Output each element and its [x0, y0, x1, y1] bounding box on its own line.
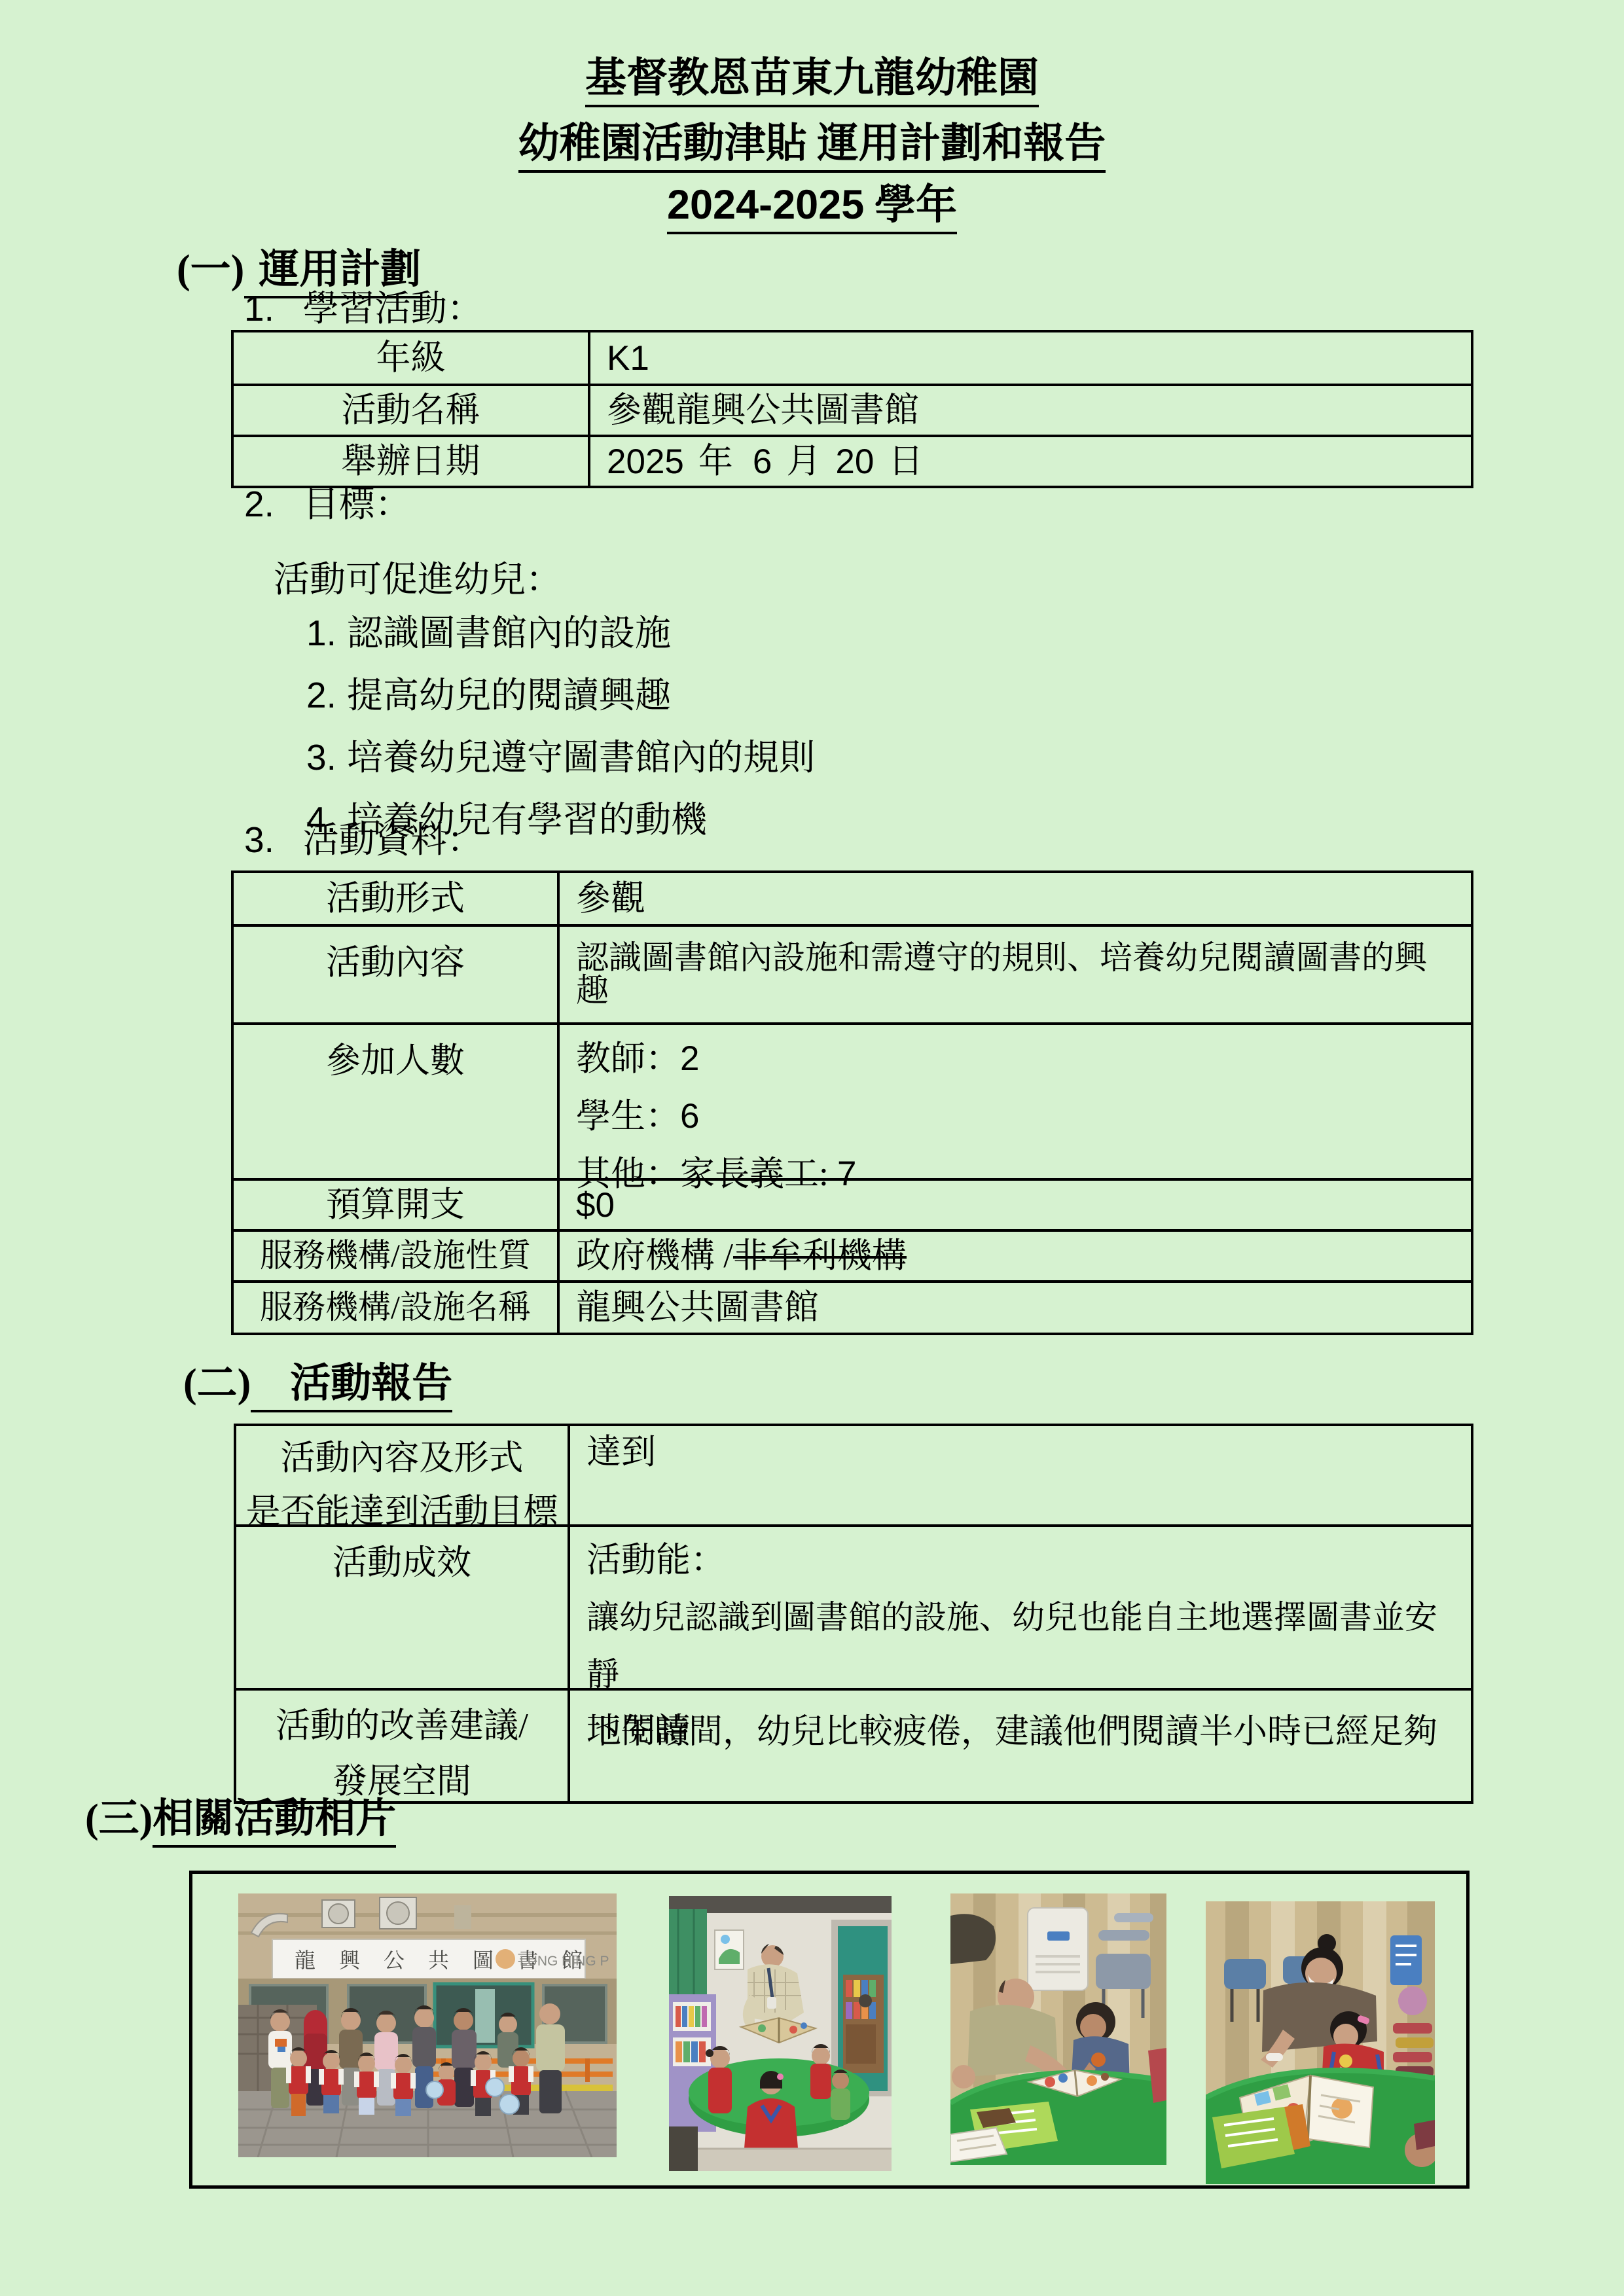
- photo-2-illustration: [669, 1896, 892, 2171]
- doc-title-line: 幼稚園活動津貼 運用計劃和報告: [0, 123, 1624, 164]
- effectiveness-value: 活動能： 讓幼兒認識到圖書館的設施、幼兒也能自主地選擇圖書並安靜 地閱讀: [570, 1527, 1471, 1688]
- table-row: 預算開支 $0: [234, 1178, 1471, 1229]
- grade-label: 年級: [234, 332, 590, 384]
- budget-label: 預算開支: [234, 1181, 560, 1229]
- section-3-prefix: (三): [85, 1797, 153, 1841]
- objective-item: 1. 認識圖書館內的設施: [306, 607, 815, 670]
- table-row: 活動的改善建議/ 發展空間 下午時間，幼兒比較疲倦，建議他們閱讀半小時已經足夠: [236, 1688, 1471, 1801]
- participants-students: 學生：6: [576, 1088, 1458, 1145]
- activity-content-value: 認識圖書館內設施和需遵守的規則、培養幼兒閱讀圖書的興趣: [560, 927, 1471, 1022]
- school-year: 2024-2025 學年: [667, 182, 957, 234]
- objective-text: 培養幼兒遵守圖書館內的規則: [347, 740, 815, 776]
- section-2-prefix: (二): [183, 1361, 251, 1406]
- photo-sign-english: LUNG HING P: [520, 1954, 609, 1969]
- table-row: 活動內容及形式 是否能達到活動目標 達到: [236, 1426, 1471, 1524]
- goal-achieved-label-line1: 活動內容及形式: [281, 1431, 524, 1485]
- school-name: 基督教恩苗東九龍幼稚園: [585, 55, 1039, 107]
- table-row: 活動內容 認識圖書館內設施和需遵守的規則、培養幼兒閱讀圖書的興趣: [234, 924, 1471, 1022]
- date-day: 20: [835, 444, 874, 479]
- org-name-label: 服務機構/設施名稱: [234, 1283, 560, 1333]
- objective-text: 認識圖書館內的設施: [347, 615, 671, 651]
- goal-achieved-value: 達到: [570, 1426, 1471, 1524]
- date-month-unit: 月: [786, 444, 821, 479]
- effectiveness-line2: 讓幼兒認識到圖書館的設施、幼兒也能自主地選擇圖書並安靜: [586, 1589, 1458, 1703]
- participants-value: 教師：2 學生：6 其他：家長義工: 7: [560, 1025, 1471, 1178]
- table-row: 服務機構/設施性質 政府機構 / 非牟利機構: [234, 1229, 1471, 1280]
- section-2-title: 活動報告: [251, 1361, 452, 1412]
- activity-name-value: 參觀龍興公共圖書館: [590, 386, 1471, 435]
- photo-4-illustration: [1206, 1901, 1435, 2184]
- effectiveness-line1: 活動能：: [586, 1532, 1458, 1589]
- table-row: 服務機構/設施名稱 龍興公共圖書館: [234, 1280, 1471, 1333]
- org-type-struck: 非牟利機構: [733, 1239, 907, 1274]
- plan-item-3-number: 3.: [244, 819, 274, 860]
- document-page: 基督教恩苗東九龍幼稚園 幼稚園活動津貼 運用計劃和報告 2024-2025 學年…: [0, 0, 1624, 2296]
- objective-item: 3. 培養幼兒遵守圖書館內的規則: [306, 732, 815, 794]
- photo-father-child-reading: [950, 1893, 1166, 2165]
- improvement-value: 下午時間，幼兒比較疲倦，建議他們閱讀半小時已經足夠: [570, 1691, 1471, 1801]
- title-block: 基督教恩苗東九龍幼稚園: [0, 58, 1624, 99]
- participants-teachers: 教師：2: [576, 1030, 1458, 1088]
- date-day-unit: 日: [888, 444, 923, 479]
- teachers-label: 教師：: [576, 1040, 680, 1078]
- activity-date-label: 舉辦日期: [234, 437, 590, 486]
- section-2-heading: (二)活動報告: [183, 1363, 452, 1404]
- table-row: 年級 K1: [234, 332, 1471, 384]
- plan-item-3: 3. 活動資料：: [244, 822, 483, 858]
- effectiveness-label: 活動成效: [236, 1527, 570, 1688]
- org-type-selected: 政府機構 /: [576, 1239, 733, 1274]
- date-year: 2025: [607, 444, 684, 479]
- photo-1-illustration: 龍 興 公 共 圖 書 館 LUNG HING P: [238, 1893, 617, 2157]
- plan-item-1: 1. 學習活動：: [244, 291, 483, 327]
- grade-value: K1: [590, 332, 1471, 384]
- activity-content-label: 活動內容: [234, 927, 560, 1022]
- plan-item-2-number: 2.: [244, 484, 274, 524]
- org-name-value: 龍興公共圖書館: [560, 1283, 1471, 1333]
- date-month: 6: [753, 444, 772, 479]
- activity-format-label: 活動形式: [234, 873, 560, 924]
- activity-format-value: 參觀: [560, 873, 1471, 924]
- table-row: 活動形式 參觀: [234, 873, 1471, 924]
- photo-mother-child-reading: [1206, 1901, 1435, 2184]
- objective-number: 1.: [306, 615, 347, 651]
- plan-item-1-number: 1.: [244, 288, 274, 329]
- objectives-list: 1. 認識圖書館內的設施 2. 提高幼兒的閱讀興趣 3. 培養幼兒遵守圖書館內的…: [306, 607, 815, 856]
- table-row: 參加人數 教師：2 學生：6 其他：家長義工: 7: [234, 1022, 1471, 1178]
- table-row: 活動成效 活動能： 讓幼兒認識到圖書館的設施、幼兒也能自主地選擇圖書並安靜 地閱…: [236, 1524, 1471, 1688]
- activity-name-label: 活動名稱: [234, 386, 590, 435]
- table-row: 活動名稱 參觀龍興公共圖書館: [234, 384, 1471, 435]
- activity-date-value: 2025年6月20日: [590, 437, 1471, 486]
- plan-item-3-label: 活動資料：: [303, 820, 483, 860]
- photo-gallery-box: 龍 興 公 共 圖 書 館 LUNG HING P: [189, 1871, 1470, 2189]
- activity-info-table: 活動形式 參觀 活動內容 認識圖書館內設施和需遵守的規則、培養幼兒閱讀圖書的興趣…: [231, 870, 1473, 1335]
- plan-item-2: 2. 目標：: [244, 486, 411, 522]
- section-1-heading: (一)運用計劃: [177, 249, 421, 290]
- goal-achieved-label: 活動內容及形式 是否能達到活動目標: [236, 1426, 570, 1524]
- school-year-line: 2024-2025 學年: [0, 185, 1624, 226]
- improvement-label-line1: 活動的改善建議/: [276, 1698, 528, 1754]
- plan-item-2-label: 目標：: [303, 484, 411, 524]
- learning-activity-table: 年級 K1 活動名稱 參觀龍興公共圖書館 舉辦日期 2025年6月20日: [231, 330, 1473, 488]
- org-type-value: 政府機構 / 非牟利機構: [560, 1232, 1471, 1280]
- improvement-label: 活動的改善建議/ 發展空間: [236, 1691, 570, 1801]
- photo-3-illustration: [950, 1893, 1166, 2165]
- students-label: 學生：: [576, 1098, 680, 1136]
- teachers-count: 2: [680, 1039, 699, 1078]
- participants-label: 參加人數: [234, 1025, 560, 1178]
- plan-item-1-label: 學習活動：: [303, 289, 483, 329]
- photo-group-outside-library: 龍 興 公 共 圖 書 館 LUNG HING P: [238, 1893, 617, 2157]
- table-row: 舉辦日期 2025年6月20日: [234, 435, 1471, 486]
- section-1-prefix: (一): [177, 247, 244, 292]
- org-type-label: 服務機構/設施性質: [234, 1232, 560, 1280]
- section-3-title: 相關活動相片: [153, 1797, 396, 1848]
- doc-title: 幼稚園活動津貼 運用計劃和報告: [518, 120, 1106, 173]
- photo-librarian-storytime: [669, 1896, 892, 2171]
- objectives-intro: 活動可促進幼兒：: [274, 562, 562, 598]
- budget-value: $0: [560, 1181, 1471, 1229]
- objective-number: 2.: [306, 677, 347, 713]
- year-range: 2024-2025: [667, 182, 864, 228]
- activity-report-table: 活動內容及形式 是否能達到活動目標 達到 活動成效 活動能： 讓幼兒認識到圖書館…: [234, 1424, 1473, 1804]
- date-year-unit: 年: [698, 444, 733, 479]
- year-suffix: 學年: [864, 182, 957, 228]
- objective-number: 3.: [306, 740, 347, 776]
- section-3-heading: (三)相關活動相片: [85, 1799, 396, 1839]
- objective-text: 提高幼兒的閱讀興趣: [347, 677, 671, 713]
- students-count: 6: [680, 1097, 699, 1136]
- objective-item: 2. 提高幼兒的閱讀興趣: [306, 670, 815, 732]
